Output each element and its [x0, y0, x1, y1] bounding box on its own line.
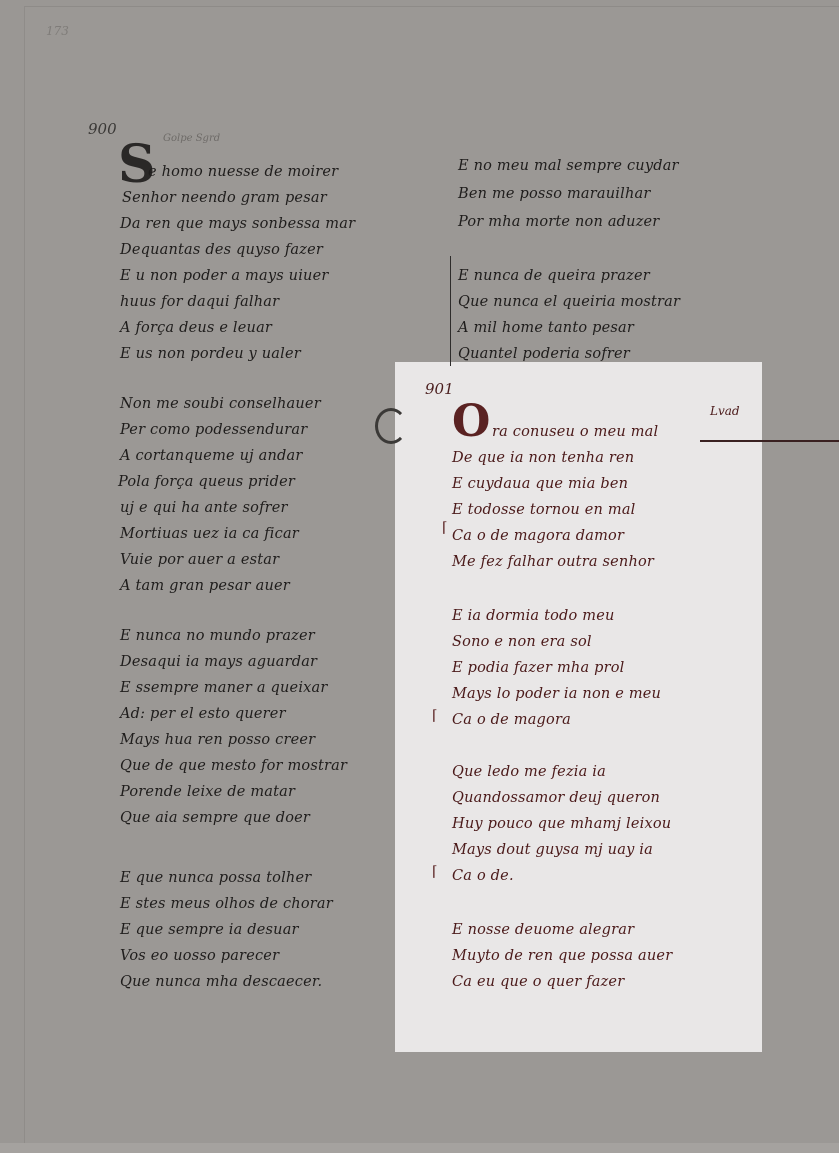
verse-line: E todosse tornou en mal — [452, 502, 636, 518]
verse-line: E u non poder a mays uiuer — [120, 268, 329, 284]
highlighted-poem: O ra conuseu o meu mal De que ia non ten… — [452, 400, 712, 1000]
right-column-top: E no meu mal sempre cuydar Ben me posso … — [458, 158, 708, 368]
verse-line: E ia dormia todo meu — [452, 608, 615, 624]
verse-line: Ben me posso marauilhar — [458, 186, 650, 202]
verse-line: Que ledo me fezia ia — [452, 764, 606, 780]
verse-line: Ca o de magora damor — [452, 528, 624, 544]
verse-line: E ssempre maner a queixar — [120, 680, 328, 696]
verse-line: A mil home tanto pesar — [458, 320, 634, 336]
verse-line: Que nunca mha descaecer. — [120, 974, 322, 990]
poem-number-900: 900 — [88, 120, 117, 138]
verse-line: Vos eo uosso parecer — [120, 948, 279, 964]
verse-line: Ca eu que o quer fazer — [452, 974, 624, 990]
verse-line: Desaqui ia mays aguardar — [120, 654, 317, 670]
verse-line: Muyto de ren que possa auer — [452, 948, 672, 964]
verse-line: De que ia non tenha ren — [452, 450, 634, 466]
verse-line: Que nunca el queiria mostrar — [458, 294, 680, 310]
decorated-initial-o: O — [452, 396, 490, 447]
verse-line: Quandossamor deuj queron — [452, 790, 660, 806]
verse-line: Dequantas des quyso fazer — [120, 242, 323, 258]
verse-line: Que de que mesto for mostrar — [120, 758, 347, 774]
verse-line: E podia fazer mha prol — [452, 660, 624, 676]
verse-line: A cortanqueme uj andar — [120, 448, 303, 464]
verse-line: Ca o de. — [452, 868, 514, 884]
refrain-mark: ⌈ — [432, 864, 437, 880]
verse-line: E cuydaua que mia ben — [452, 476, 628, 492]
verse-line: Porende leixe de matar — [120, 784, 295, 800]
verse-line: Huy pouco que mhamj leixou — [452, 816, 671, 832]
marginal-note: Lvad — [710, 404, 740, 418]
verse-line: Mortiuas uez ia ca ficar — [120, 526, 299, 542]
verse-line: Mays dout guysa mj uay ia — [452, 842, 653, 858]
verse-line: E stes meus olhos de chorar — [120, 896, 333, 912]
verse-line: Pola força queus prider — [118, 474, 295, 490]
refrain-mark: ⌈ — [442, 520, 447, 536]
verse-line: Senhor neendo gram pesar — [122, 190, 327, 206]
verse-line: e homo nuesse de moirer — [148, 164, 338, 180]
marginal-rule — [700, 440, 839, 442]
verse-line: Mays hua ren posso creer — [120, 732, 315, 748]
verse-line: uj e qui ha ante sofrer — [120, 500, 288, 516]
verse-line: Da ren que mays sonbessa mar — [120, 216, 355, 232]
verse-line: E nunca no mundo prazer — [120, 628, 315, 644]
page-bottom-edge — [0, 1143, 839, 1153]
verse-line: Ad: per el esto querer — [120, 706, 286, 722]
verse-line: Non me soubi conselhauer — [120, 396, 321, 412]
verse-line: Me fez falhar outra senhor — [452, 554, 654, 570]
verse-line: huus for daqui falhar — [120, 294, 279, 310]
verse-line: Sono e non era sol — [452, 634, 592, 650]
verse-line: E que nunca possa tolher — [120, 870, 311, 886]
verse-line: Quantel poderia sofrer — [458, 346, 630, 362]
poem-number-901: 901 — [425, 380, 454, 398]
refrain-mark: ⌈ — [432, 708, 437, 724]
left-column: S e homo nuesse de moirer Senhor neendo … — [118, 140, 388, 1000]
verse-line: Vuie por auer a estar — [120, 552, 279, 568]
folio-mark: 173 — [46, 24, 69, 38]
verse-line: Por mha morte non aduzer — [458, 214, 659, 230]
verse-line: E nosse deuome alegrar — [452, 922, 634, 938]
verse-line: E no meu mal sempre cuydar — [458, 158, 679, 174]
verse-line: A força deus e leuar — [120, 320, 272, 336]
verse-line: E nunca de queira prazer — [458, 268, 650, 284]
verse-line: Mays lo poder ia non e meu — [452, 686, 661, 702]
margin-paragraph-mark — [375, 408, 407, 444]
verse-line: Que aia sempre que doer — [120, 810, 310, 826]
bracket-rule — [450, 256, 451, 366]
verse-line: E us non pordeu y ualer — [120, 346, 301, 362]
verse-line: Per como podessendurar — [120, 422, 307, 438]
verse-line: ra conuseu o meu mal — [492, 424, 658, 440]
verse-line: A tam gran pesar auer — [120, 578, 290, 594]
verse-line: Ca o de magora — [452, 712, 571, 728]
verse-line: E que sempre ia desuar — [120, 922, 299, 938]
